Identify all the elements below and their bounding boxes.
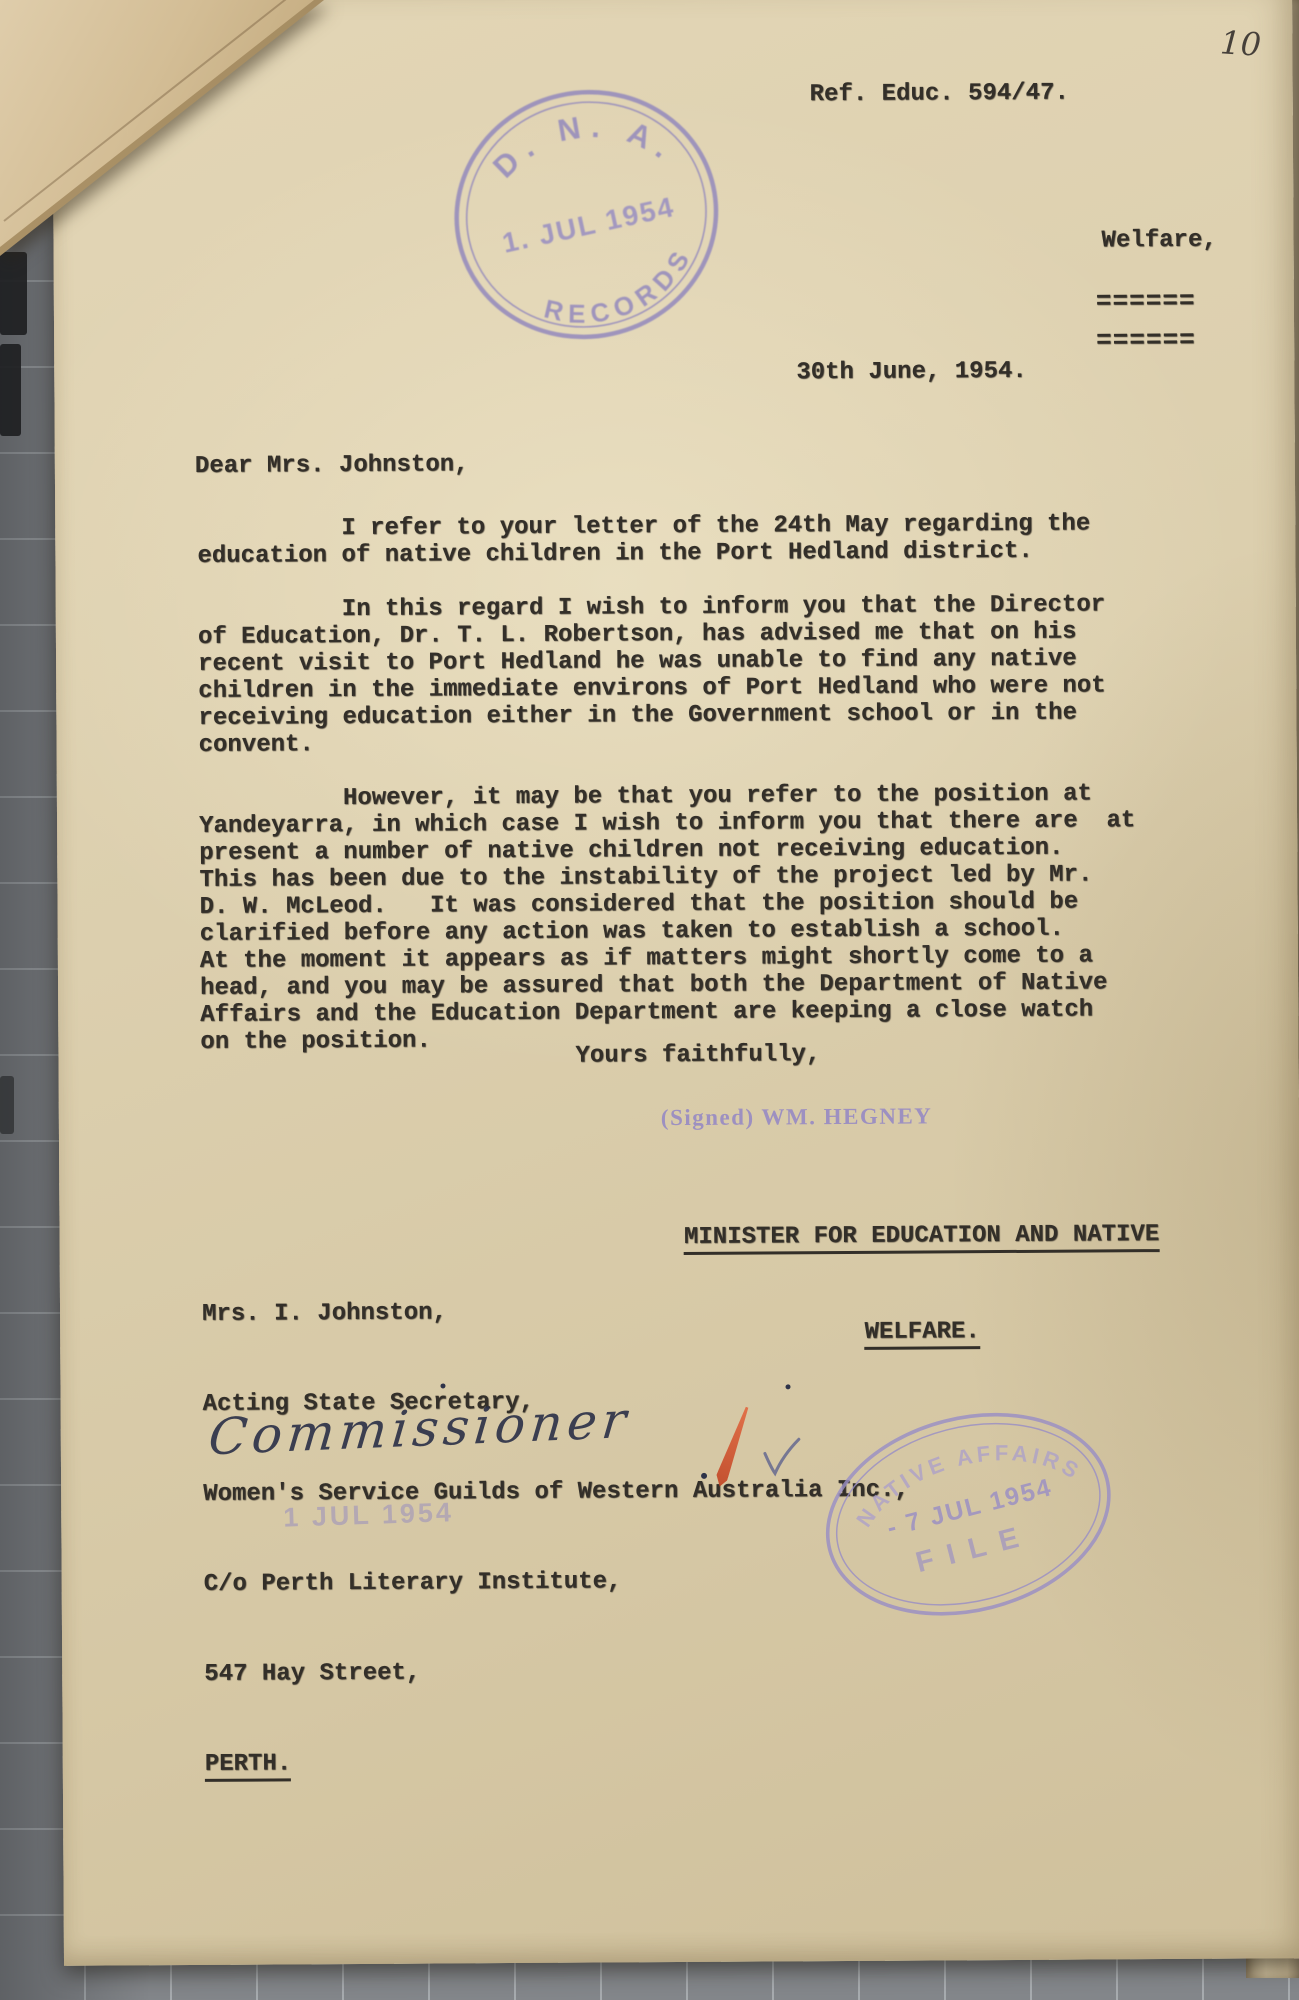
paragraph-2: In this regard I wish to inform you that…: [198, 591, 1106, 759]
paragraph-1: I refer to your letter of the 24th May r…: [197, 510, 1090, 569]
date-line: 30th June, 1954.: [796, 358, 1027, 386]
dna-stamp-date: 1. JUL 1954: [500, 191, 678, 259]
scanned-letter-page: { "letter": { "page_number": "10", "refe…: [0, 0, 1299, 2000]
folder-corner: [0, 0, 324, 256]
blue-tick-mark: [761, 1437, 805, 1481]
dna-stamp-top-text: D. N. A.: [480, 88, 690, 207]
closing-line: Yours faithfully,: [575, 1041, 820, 1069]
paragraph-3: However, it may be that you refer to the…: [199, 780, 1137, 1056]
letter-paper: 10 Ref. Educ. 594/47. D. N. A. 1. JUL 19…: [52, 0, 1299, 1966]
recipient-address: Mrs. I. Johnston, Acting State Secretary…: [202, 1236, 911, 1840]
ink-dot: [785, 1384, 790, 1389]
recipient-line: 547 Hay Street,: [204, 1656, 910, 1690]
dna-records-stamp: D. N. A. 1. JUL 1954 RECORDS: [441, 82, 733, 354]
page-number: 10: [1219, 23, 1262, 64]
mat-dark-patch: [0, 252, 27, 335]
ink-dot: [701, 1473, 707, 1479]
received-date-stamp: 1 JUL 1954: [283, 1497, 455, 1533]
mat-dark-patch: [0, 1076, 14, 1134]
svg-text:RECORDS: RECORDS: [530, 236, 709, 341]
recipient-city: PERTH.: [205, 1750, 292, 1782]
department-underline: ====== ======: [1096, 269, 1196, 374]
ink-dot: [440, 1383, 445, 1388]
mat-dark-patch: [0, 344, 21, 436]
signed-name-stamp: (Signed) WM. HEGNEY: [661, 1103, 933, 1131]
native-affairs-file-stamp: NATIVE AFFAIRS - 7 JUL 1954 FILE: [813, 1411, 1124, 1618]
salutation: Dear Mrs. Johnston,: [195, 451, 469, 480]
recipient-line: Mrs. I. Johnston,: [202, 1296, 908, 1330]
dna-stamp-bottom-text: RECORDS: [530, 236, 709, 341]
folder-corner-face: [0, 0, 314, 247]
svg-text:D. N. A.: D. N. A.: [480, 88, 690, 207]
recipient-line: C/o Perth Literary Institute,: [204, 1566, 910, 1600]
department-label: Welfare,: [1101, 227, 1216, 255]
reference-line: Ref. Educ. 594/47.: [810, 80, 1069, 109]
